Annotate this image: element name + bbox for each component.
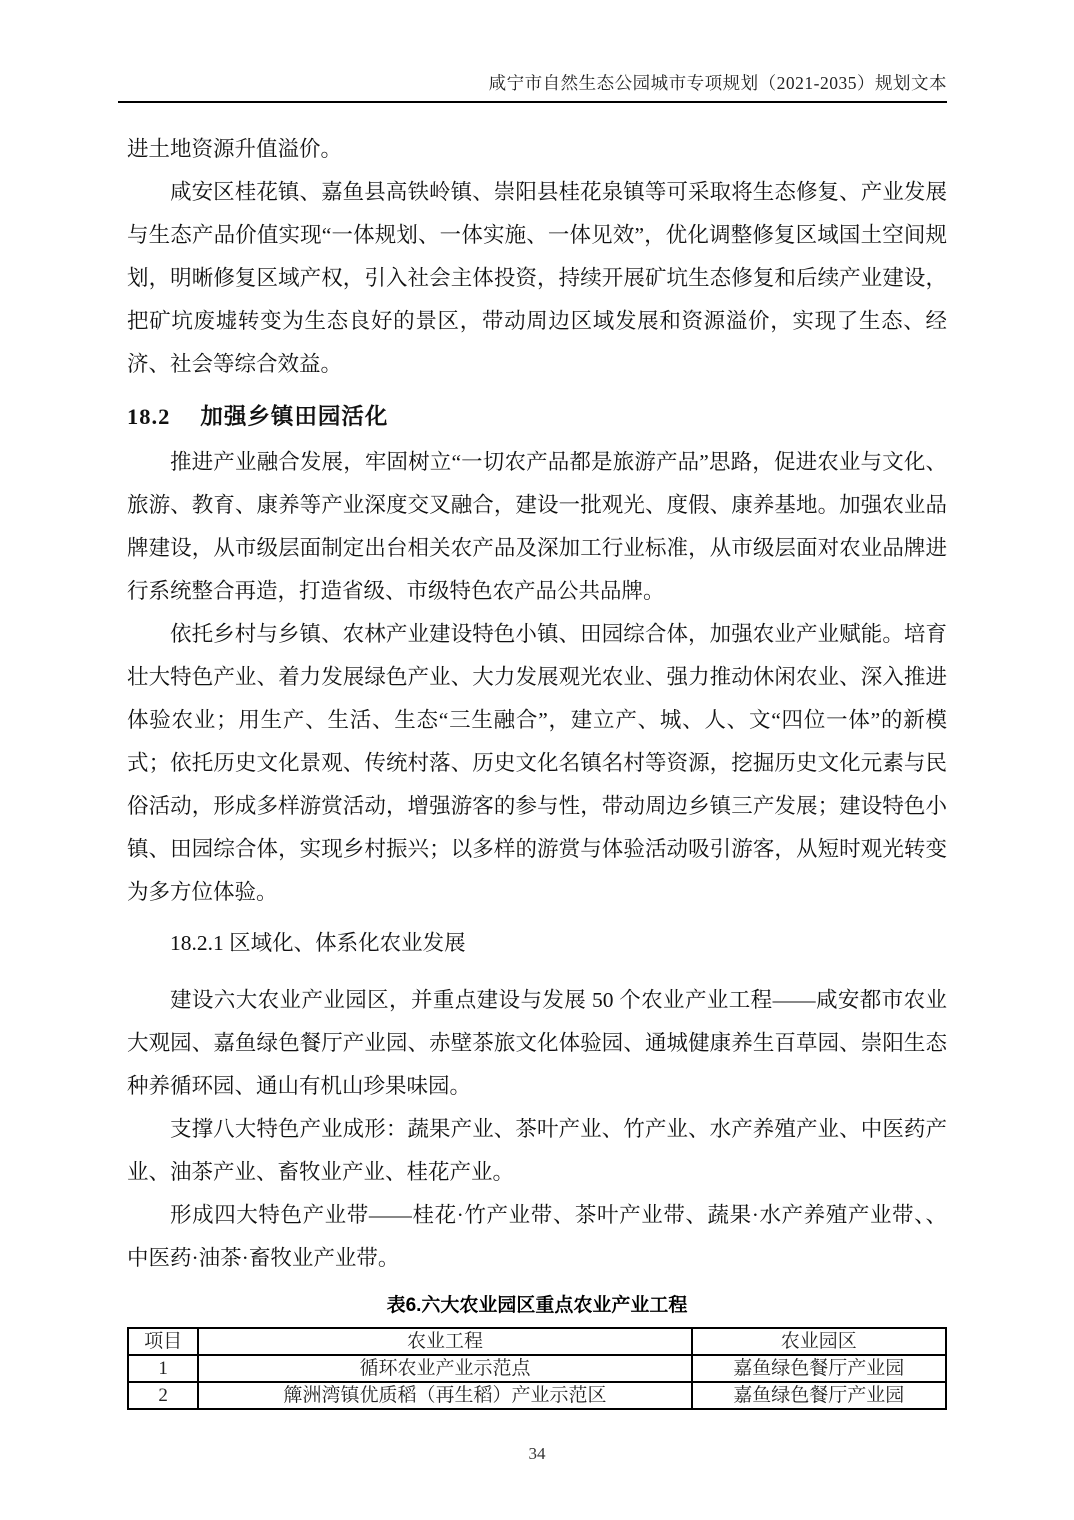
document-page: 咸宁市自然生态公园城市专项规划（2021-2035）规划文本 进土地资源升值溢价…	[0, 0, 1074, 1520]
table-caption: 表6.六大农业园区重点农业产业工程	[127, 1292, 947, 1320]
column-header-park: 农业园区	[692, 1328, 946, 1355]
page-number: 34	[127, 1432, 947, 1475]
paragraph-continuation: 进土地资源升值溢价。	[127, 128, 947, 171]
table-header-row: 项目 农业工程 农业园区	[128, 1328, 946, 1355]
header-rule	[118, 101, 947, 103]
subsection-heading: 18.2.1 区域化、体系化农业发展	[127, 922, 947, 965]
section-title: 加强乡镇田园活化	[200, 404, 388, 429]
table-row: 1 循环农业产业示范点 嘉鱼绿色餐厅产业园	[128, 1355, 946, 1382]
paragraph: 咸安区桂花镇、嘉鱼县高铁岭镇、崇阳县桂花泉镇等可采取将生态修复、产业发展与生态产…	[127, 171, 947, 386]
table-row: 2 簰洲湾镇优质稻（再生稻）产业示范区 嘉鱼绿色餐厅产业园	[128, 1382, 946, 1409]
cell-item-no: 1	[128, 1355, 198, 1382]
cell-park: 嘉鱼绿色餐厅产业园	[692, 1355, 946, 1382]
column-header-project: 农业工程	[198, 1328, 691, 1355]
running-head-title: 咸宁市自然生态公园城市专项规划（2021-2035）规划文本	[127, 70, 947, 95]
cell-project: 循环农业产业示范点	[198, 1355, 691, 1382]
cell-item-no: 2	[128, 1382, 198, 1409]
column-header-item: 项目	[128, 1328, 198, 1355]
page-header: 咸宁市自然生态公园城市专项规划（2021-2035）规划文本	[127, 0, 947, 103]
cell-park: 嘉鱼绿色餐厅产业园	[692, 1382, 946, 1409]
paragraph: 建设六大农业产业园区，并重点建设与发展 50 个农业产业工程——咸安都市农业大观…	[127, 979, 947, 1108]
paragraph: 形成四大特色产业带——桂花·竹产业带、茶叶产业带、蔬果·水产养殖产业带、、中医药…	[127, 1194, 947, 1280]
paragraph: 依托乡村与乡镇、农林产业建设特色小镇、田园综合体，加强农业产业赋能。培育壮大特色…	[127, 613, 947, 914]
agriculture-projects-table: 项目 农业工程 农业园区 1 循环农业产业示范点 嘉鱼绿色餐厅产业园 2 簰洲湾…	[127, 1327, 947, 1410]
document-body: 进土地资源升值溢价。 咸安区桂花镇、嘉鱼县高铁岭镇、崇阳县桂花泉镇等可采取将生态…	[127, 128, 947, 1475]
paragraph: 支撑八大特色产业成形：蔬果产业、茶叶产业、竹产业、水产养殖产业、中医药产业、油茶…	[127, 1108, 947, 1194]
cell-project: 簰洲湾镇优质稻（再生稻）产业示范区	[198, 1382, 691, 1409]
section-heading: 18.2加强乡镇田园活化	[127, 395, 947, 439]
paragraph: 推进产业融合发展，牢固树立“一切农产品都是旅游产品”思路，促进农业与文化、旅游、…	[127, 441, 947, 613]
section-number: 18.2	[127, 404, 170, 429]
